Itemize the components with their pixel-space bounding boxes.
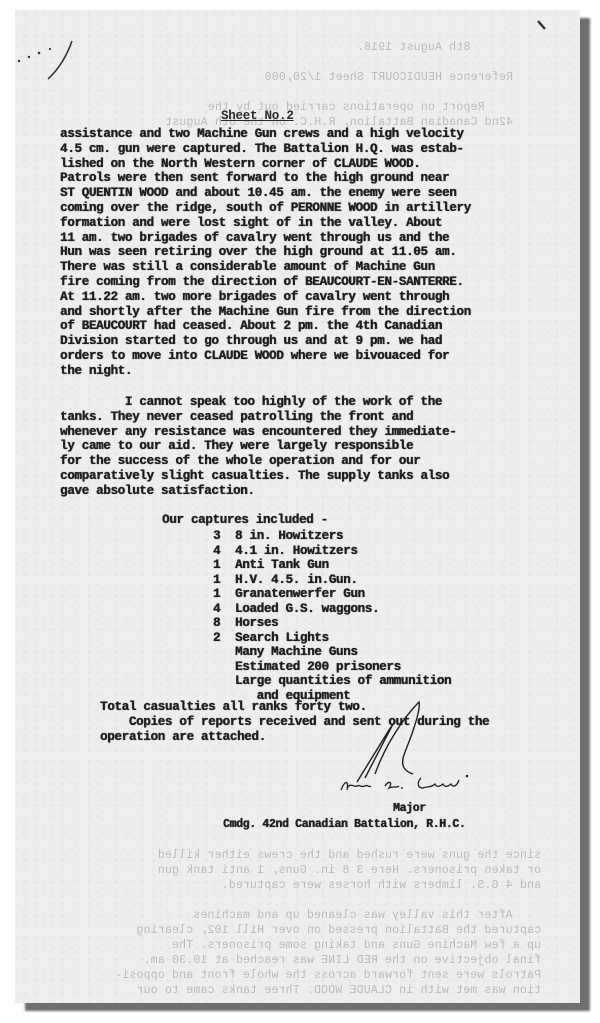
sheet-title: Sheet No.2 xyxy=(221,109,294,123)
capture-qty: 1 xyxy=(213,558,235,573)
capture-qty: 4 xyxy=(213,602,235,617)
capture-label: Anti Tank Gun xyxy=(235,558,329,572)
capture-label: 4.1 in. Howitzers xyxy=(235,544,358,558)
capture-qty: 2 xyxy=(213,631,235,646)
capture-item: Many Machine Guns xyxy=(213,645,451,660)
capture-label: Loaded G.S. waggons. xyxy=(235,602,379,616)
capture-label: H.V. 4.5. in.Gun. xyxy=(235,573,358,587)
bleed-through-bottom: since the guns were rushed and the crews… xyxy=(115,848,541,998)
captures-heading: Our captures included - xyxy=(162,513,328,528)
paragraph-1: assistance and two Machine Gun crews and… xyxy=(60,127,471,379)
capture-item: 4Loaded G.S. waggons. xyxy=(213,602,451,617)
capture-qty: 8 xyxy=(213,616,235,631)
capture-label: 8 in. Howitzers xyxy=(235,529,343,543)
capture-label: Granatenwerfer Gun xyxy=(235,587,365,601)
rank: Major xyxy=(393,802,426,817)
capture-qty: 1 xyxy=(213,587,235,602)
command-line: Cmdg. 42nd Canadian Battalion, R.H.C. xyxy=(223,818,465,833)
capture-qty: 3 xyxy=(213,529,235,544)
captures-list: 38 in. Howitzers44.1 in. Howitzers1Anti … xyxy=(213,529,451,703)
capture-item: 1Anti Tank Gun xyxy=(213,558,451,573)
signature: Lawrence Evans xyxy=(327,696,477,806)
document-page: 8th August 1918. Reference HEUDICOURT Sh… xyxy=(15,10,580,1003)
paragraph-2: I cannot speak too highly of the work of… xyxy=(60,395,456,499)
capture-item: 38 in. Howitzers xyxy=(213,529,451,544)
capture-label: Many Machine Guns xyxy=(235,645,358,659)
capture-item: 2Search Lights xyxy=(213,631,451,646)
corner-mark xyxy=(535,18,555,38)
capture-qty: 4 xyxy=(213,544,235,559)
capture-label: Large quantities of ammunition xyxy=(235,674,451,688)
capture-item: 44.1 in. Howitzers xyxy=(213,544,451,559)
capture-item: Large quantities of ammunition xyxy=(213,674,451,689)
capture-item: 8Horses xyxy=(213,616,451,631)
capture-label: Horses xyxy=(235,616,278,630)
capture-label: Search Lights xyxy=(235,631,329,645)
capture-qty: 1 xyxy=(213,573,235,588)
capture-item: 1H.V. 4.5. in.Gun. xyxy=(213,573,451,588)
bleed-through-top: 8th August 1918. Reference HEUDICOURT Sh… xyxy=(165,40,513,130)
margin-tick-mark xyxy=(15,35,95,95)
capture-item: Estimated 200 prisoners xyxy=(213,660,451,675)
capture-label: Estimated 200 prisoners xyxy=(235,660,401,674)
capture-item: 1Granatenwerfer Gun xyxy=(213,587,451,602)
